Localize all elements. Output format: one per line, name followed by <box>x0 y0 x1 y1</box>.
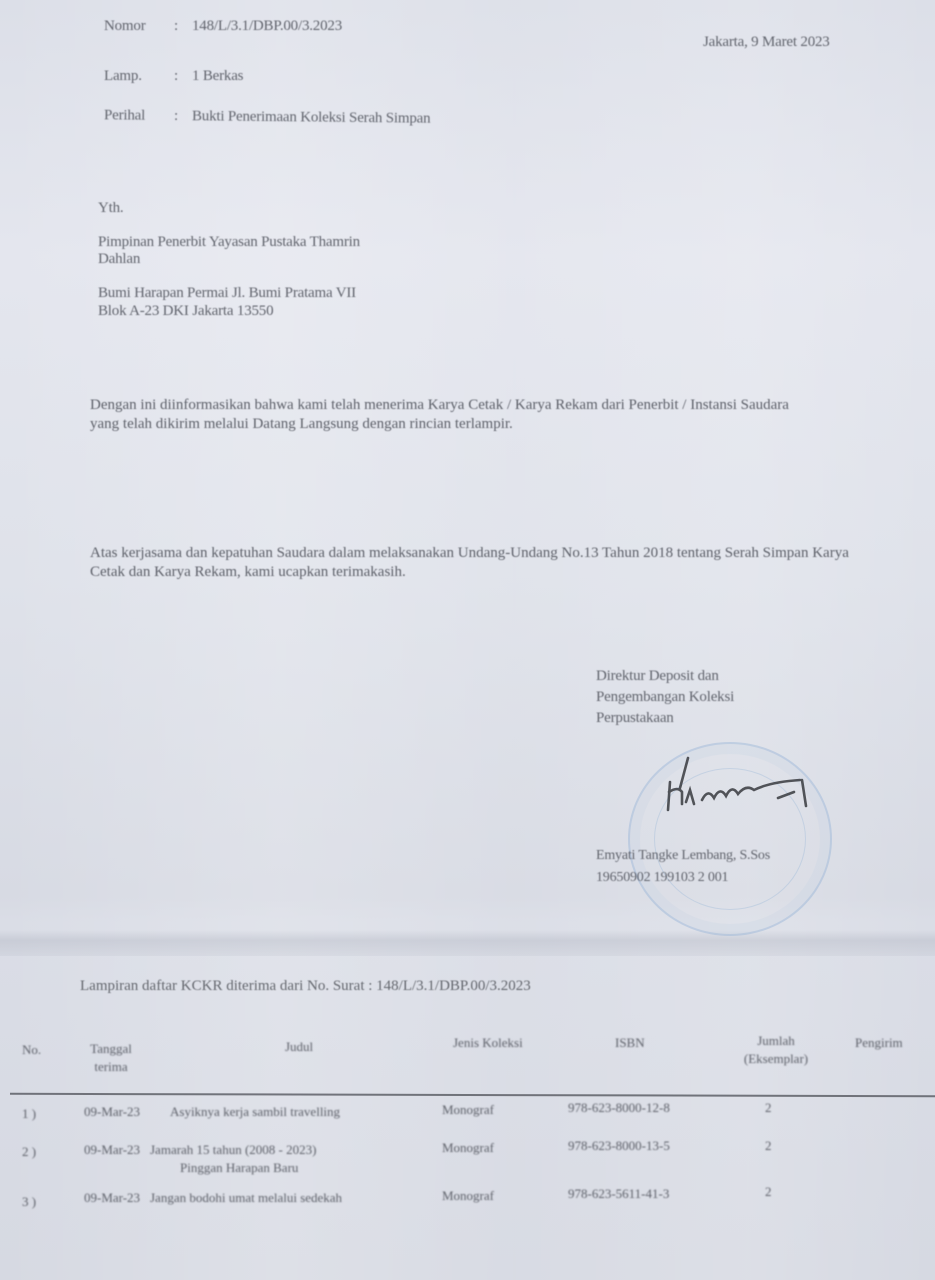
cell-isbn: 978-623-8000-12-8 <box>568 1100 670 1116</box>
body-paragraph-2: Atas kerjasama dan kepatuhan Saudara dal… <box>90 544 850 582</box>
separator: : <box>174 68 192 85</box>
lampiran-value: 1 Berkas <box>192 68 243 84</box>
cell-no: 3 ) <box>22 1194 36 1210</box>
signatory-nip: 19650902 199103 2 001 <box>596 870 728 886</box>
body-paragraph-1: Dengan ini diinformasikan bahwa kami tel… <box>90 396 820 434</box>
perihal-value: Bukti Penerimaan Koleksi Serah Simpan <box>192 108 431 126</box>
recipient-line: Blok A-23 DKI Jakarta 13550 <box>98 303 273 320</box>
nomor-label: Nomor <box>104 18 174 35</box>
attachment-title: Lampiran daftar KCKR diterima dari No. S… <box>80 978 531 995</box>
perihal-row: Perihal:Bukti Penerimaan Koleksi Serah S… <box>104 107 431 127</box>
cell-judul-line-2: Pinggan Harapan Baru <box>180 1160 298 1176</box>
column-header-jumlah: Jumlah (Eksemplar) <box>736 1032 816 1068</box>
cell-no: 2 ) <box>22 1144 36 1160</box>
perihal-label: Perihal <box>104 107 174 125</box>
cell-tanggal: 09-Mar-23 <box>84 1104 140 1120</box>
cell-isbn: 978-623-8000-13-5 <box>568 1138 670 1154</box>
cell-jenis: Monograf <box>442 1188 494 1204</box>
cell-judul: Jamarah 15 tahun (2008 - 2023) <box>150 1142 316 1158</box>
signatory-name: Emyati Tangke Lembang, S.Sos <box>596 848 770 864</box>
signatory-title-line: Perpustakaan <box>596 710 674 727</box>
lampiran-label: Lamp. <box>104 68 174 85</box>
cell-judul: Asyiknya kerja sambil travelling <box>170 1104 340 1120</box>
place-date: Jakarta, 9 Maret 2023 <box>703 34 830 51</box>
column-header-judul: Judul <box>285 1038 313 1056</box>
recipient-line: Pimpinan Penerbit Yayasan Pustaka Thamri… <box>98 234 360 251</box>
cell-jumlah: 2 <box>765 1100 772 1116</box>
cell-isbn: 978-623-5611-41-3 <box>568 1186 669 1202</box>
recipient-line: Dahlan <box>98 251 140 268</box>
recipient-line: Bumi Harapan Permai Jl. Bumi Pratama VII <box>98 285 356 302</box>
separator: : <box>174 108 192 125</box>
cell-judul: Jangan bodohi umat melalui sedekah <box>150 1190 342 1206</box>
nomor-value: 148/L/3.1/DBP.00/3.2023 <box>192 18 342 34</box>
cell-no: 1 ) <box>22 1106 36 1122</box>
column-header-isbn: ISBN <box>615 1034 645 1052</box>
column-header-no: No. <box>22 1041 41 1059</box>
cell-tanggal: 09-Mar-23 <box>84 1190 140 1206</box>
separator: : <box>174 18 192 35</box>
column-header-jenis: Jenis Koleksi <box>453 1034 523 1052</box>
cell-jumlah: 2 <box>765 1138 772 1154</box>
signatory-title-line: Pengembangan Koleksi <box>596 689 734 706</box>
cell-jumlah: 2 <box>765 1184 772 1200</box>
lampiran-row: Lamp.:1 Berkas <box>104 68 243 85</box>
paper-fold <box>0 930 935 956</box>
column-header-tanggal: Tanggal terima <box>80 1040 142 1076</box>
table-header-rule <box>10 1093 935 1097</box>
salutation: Yth. <box>98 200 123 217</box>
cell-jenis: Monograf <box>442 1102 494 1118</box>
column-header-pengirim: Pengirim <box>855 1034 903 1052</box>
paper-background <box>0 0 935 1280</box>
signature-mark <box>660 752 820 822</box>
signatory-title-line: Direktur Deposit dan <box>596 668 719 685</box>
cell-tanggal: 09-Mar-23 <box>84 1142 140 1158</box>
cell-jenis: Monograf <box>442 1140 494 1156</box>
nomor-row: Nomor:148/L/3.1/DBP.00/3.2023 <box>104 18 342 35</box>
